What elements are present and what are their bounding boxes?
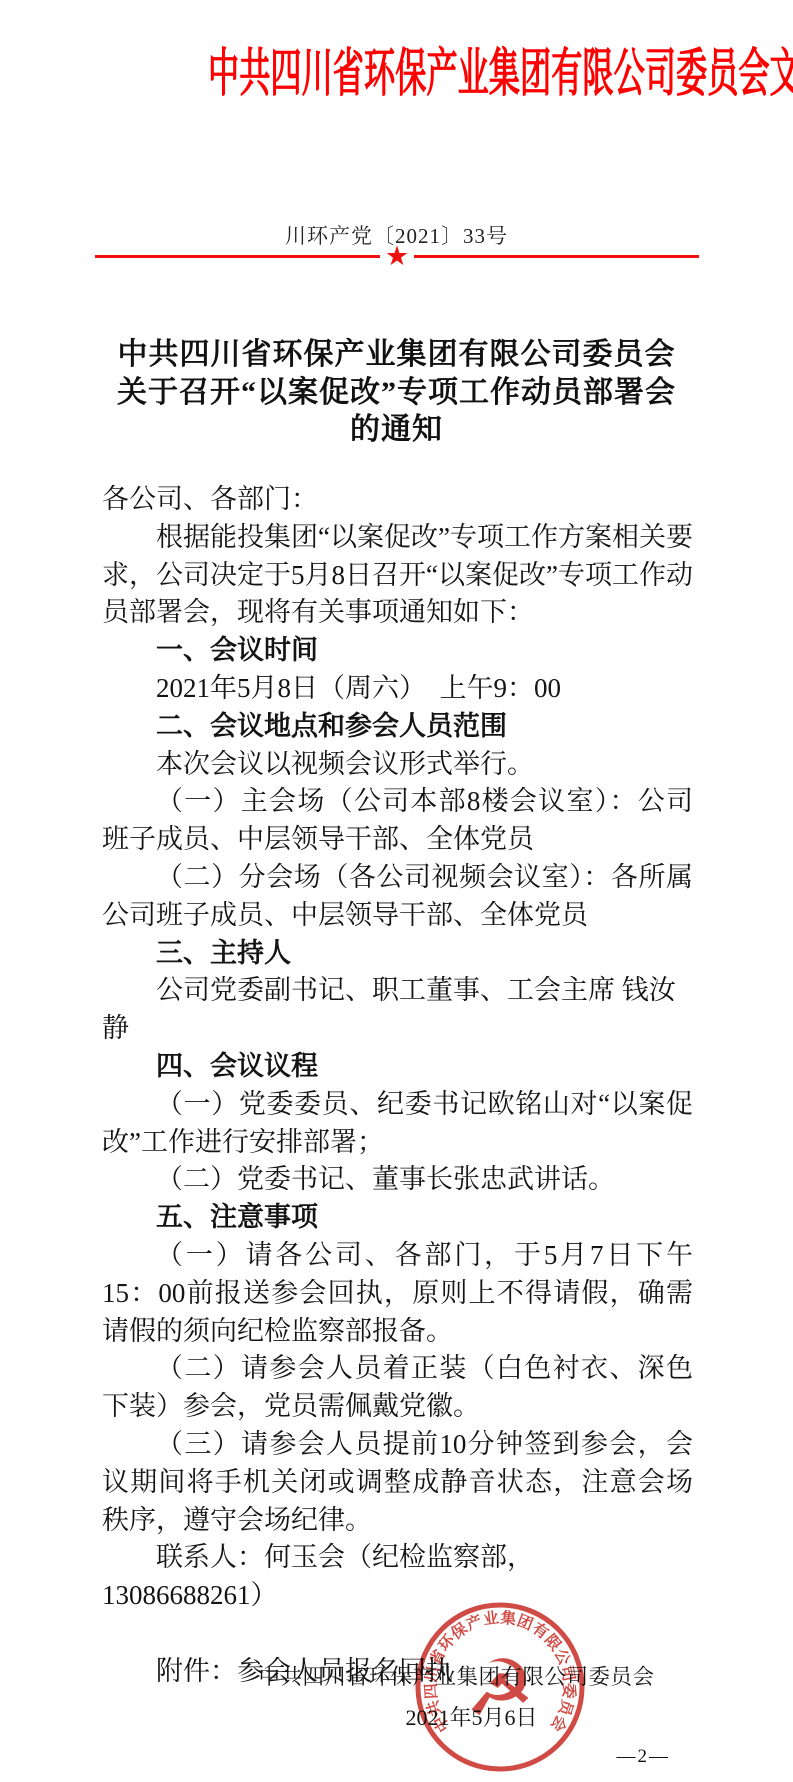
section-heading-2: 二、会议地点和参会人员范围 — [102, 708, 693, 746]
paragraph-note-2: （二）请参会人员着正装（白色衬衣、深色下装）参会，党员需佩戴党徽。 — [102, 1350, 693, 1426]
red-divider-line: ★ — [95, 242, 699, 270]
paragraph-intro: 根据能投集团“以案促改”专项工作方案相关要求，公司决定于5月8日召开“以案促改”… — [102, 519, 693, 632]
signature-date: 2021年5月6日 — [0, 1703, 793, 1733]
signature-org: 中共四川省环保产业集团有限公司委员会 — [0, 1662, 793, 1692]
document-title-line3: 的通知 — [0, 411, 793, 449]
section-heading-3: 三、主持人 — [102, 935, 693, 973]
paragraph-host: 公司党委副书记、职工董事、工会主席 钱汝静 — [102, 972, 693, 1048]
divider-line-right — [414, 255, 699, 258]
document-header-banner: 中共四川省环保产业集团有限公司委员会文件 — [0, 46, 793, 104]
hammer-sickle-icon: ☭ — [465, 1644, 535, 1734]
section-heading-5: 五、注意事项 — [102, 1199, 693, 1237]
paragraph-meeting-time: 2021年5月8日（周六） 上午9：00 — [102, 670, 693, 708]
paragraph-note-3: （三）请参会人员提前10分钟签到参会，会议期间将手机关闭或调整成静音状态，注意会… — [102, 1426, 693, 1539]
document-page: 中共四川省环保产业集团有限公司委员会文件 川环产党〔2021〕33号 ★ 中共四… — [0, 0, 793, 1782]
salutation: 各公司、各部门： — [102, 481, 693, 519]
document-title: 中共四川省环保产业集团有限公司委员会 关于召开“以案促改”专项工作动员部署会 的… — [0, 336, 793, 449]
paragraph-agenda-2: （二）党委书记、董事长张忠武讲话。 — [102, 1161, 693, 1199]
paragraph-agenda-1: （一）党委委员、纪委书记欧铭山对“以案促改”工作进行安排部署； — [102, 1086, 693, 1162]
star-icon: ★ — [385, 243, 409, 270]
paragraph-main-venue: （一）主会场（公司本部8楼会议室）：公司班子成员、中层领导干部、全体党员 — [102, 783, 693, 859]
divider-line-left — [95, 255, 380, 258]
paragraph-contact: 联系人：何玉会（纪检监察部，13086688261） — [102, 1539, 693, 1615]
section-heading-4: 四、会议议程 — [102, 1048, 693, 1086]
paragraph-note-1: （一）请各公司、各部门，于5月7日下午15：00前报送参会回执，原则上不得请假，… — [102, 1237, 693, 1350]
page-number: —2— — [617, 1746, 671, 1768]
official-seal: 中共四川省环保产业集团有限公司委员会 ☭ — [405, 1591, 595, 1782]
document-title-line1: 中共四川省环保产业集团有限公司委员会 — [0, 336, 793, 374]
paragraph-branch-venue: （二）分会场（各公司视频会议室）：各所属公司班子成员、中层领导干部、全体党员 — [102, 859, 693, 935]
paragraph-meeting-form: 本次会议以视频会议形式举行。 — [102, 746, 693, 784]
header-banner-text: 中共四川省环保产业集团有限公司委员会文件 — [208, 46, 793, 104]
document-body: 各公司、各部门： 根据能投集团“以案促改”专项工作方案相关要求，公司决定于5月8… — [102, 481, 693, 1691]
section-heading-1: 一、会议时间 — [102, 632, 693, 670]
document-title-line2: 关于召开“以案促改”专项工作动员部署会 — [0, 374, 793, 412]
